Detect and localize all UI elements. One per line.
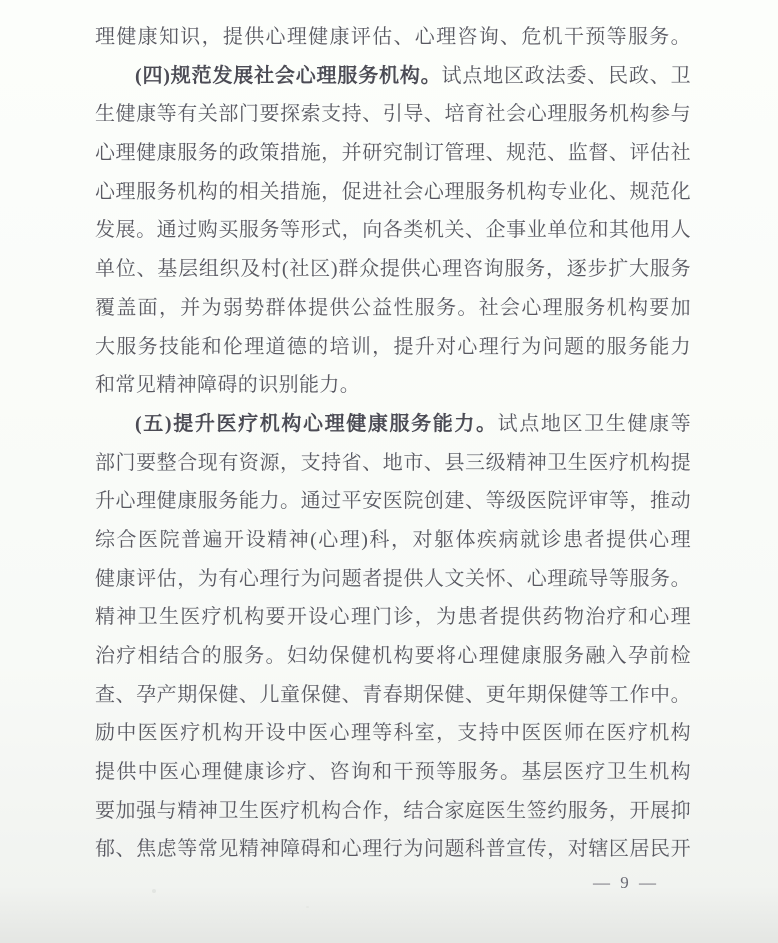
body-text: 要加强与精神卫生医疗机构合作，结合家庭医生签约服务，开展抑 <box>95 800 691 822</box>
body-text: 单位、基层组织及村(社区)群众提供心理咨询服务，逐步扩大服务 <box>95 258 691 280</box>
text-line: 心理服务机构的相关措施，促进社会心理服务机构专业化、规范化 <box>95 173 691 212</box>
text-line: 健康评估，为有心理行为问题者提供人文关怀、心理疏导等服务。 <box>95 560 691 599</box>
text-line: 要加强与精神卫生医疗机构合作，结合家庭医生签约服务，开展抑 <box>95 792 691 831</box>
body-text: 覆盖面，并为弱势群体提供公益性服务。社会心理服务机构要加 <box>95 297 691 319</box>
body-text: 理健康知识，提供心理健康评估、心理咨询、危机干预等服务。 <box>95 26 691 48</box>
section-heading: (五)提升医疗机构心理健康服务能力。 <box>135 413 498 435</box>
text-line: 心理健康服务的政策措施，并研究制订管理、规范、监督、评估社会 <box>95 134 691 173</box>
text-line: (五)提升医疗机构心理健康服务能力。试点地区卫生健康等 <box>95 405 691 444</box>
body-text: 郁、焦虑等常见精神障碍和心理行为问题科普宣传，对辖区居民开 <box>95 838 691 860</box>
document-body: 理健康知识，提供心理健康评估、心理咨询、危机干预等服务。(四)规范发展社会心理服… <box>95 18 691 869</box>
text-line: 精神卫生医疗机构要开设心理门诊，为患者提供药物治疗和心理 <box>95 598 691 637</box>
body-text: 治疗相结合的服务。妇幼保健机构要将心理健康服务融入孕前检 <box>95 645 691 667</box>
page-number: — 9 — <box>576 871 676 895</box>
body-text: 励中医医疗机构开设中医心理等科室，支持中医医师在医疗机构 <box>95 722 691 744</box>
body-text: 提供中医心理健康诊疗、咨询和干预等服务。基层医疗卫生机构 <box>95 761 691 783</box>
document-page: 理健康知识，提供心理健康评估、心理咨询、危机干预等服务。(四)规范发展社会心理服… <box>0 0 778 943</box>
body-text: 大服务技能和伦理道德的培训，提升对心理行为问题的服务能力 <box>95 336 691 358</box>
scan-speck <box>306 906 309 908</box>
text-line: (四)规范发展社会心理服务机构。试点地区政法委、民政、卫 <box>95 57 691 96</box>
text-line: 升心理健康服务能力。通过平安医院创建、等级医院评审等，推动 <box>95 482 691 521</box>
body-text: 查、孕产期保健、儿童保健、青春期保健、更年期保健等工作中。鼓 <box>95 684 691 715</box>
text-line: 和常见精神障碍的识别能力。 <box>95 366 691 405</box>
text-line: 单位、基层组织及村(社区)群众提供心理咨询服务，逐步扩大服务 <box>95 250 691 289</box>
text-line: 郁、焦虑等常见精神障碍和心理行为问题科普宣传，对辖区居民开 <box>95 830 691 869</box>
body-text: 心理健康服务的政策措施，并研究制订管理、规范、监督、评估社会 <box>95 142 691 173</box>
scan-speck <box>152 889 156 893</box>
body-text: 部门要整合现有资源，支持省、地市、县三级精神卫生医疗机构提 <box>95 452 691 474</box>
text-line: 提供中医心理健康诊疗、咨询和干预等服务。基层医疗卫生机构 <box>95 753 691 792</box>
body-text: 和常见精神障碍的识别能力。 <box>95 374 360 396</box>
text-line: 励中医医疗机构开设中医心理等科室，支持中医医师在医疗机构 <box>95 714 691 753</box>
text-line: 发展。通过购买服务等形式，向各类机关、企事业单位和其他用人 <box>95 211 691 250</box>
text-line: 理健康知识，提供心理健康评估、心理咨询、危机干预等服务。 <box>95 18 691 57</box>
body-text: 综合医院普遍开设精神(心理)科，对躯体疾病就诊患者提供心理 <box>95 529 691 551</box>
body-text: 试点地区卫生健康等 <box>498 413 691 435</box>
text-line: 治疗相结合的服务。妇幼保健机构要将心理健康服务融入孕前检 <box>95 637 691 676</box>
text-line: 大服务技能和伦理道德的培训，提升对心理行为问题的服务能力 <box>95 328 691 367</box>
section-heading: (四)规范发展社会心理服务机构。 <box>135 65 442 87</box>
body-text: 生健康等有关部门要探索支持、引导、培育社会心理服务机构参与 <box>95 103 691 125</box>
text-line: 覆盖面，并为弱势群体提供公益性服务。社会心理服务机构要加 <box>95 289 691 328</box>
body-text: 试点地区政法委、民政、卫 <box>442 65 691 87</box>
text-line: 部门要整合现有资源，支持省、地市、县三级精神卫生医疗机构提 <box>95 444 691 483</box>
text-line: 查、孕产期保健、儿童保健、青春期保健、更年期保健等工作中。鼓 <box>95 676 691 715</box>
text-line: 综合医院普遍开设精神(心理)科，对躯体疾病就诊患者提供心理 <box>95 521 691 560</box>
body-text: 心理服务机构的相关措施，促进社会心理服务机构专业化、规范化 <box>95 181 691 203</box>
body-text: 发展。通过购买服务等形式，向各类机关、企事业单位和其他用人 <box>95 219 691 241</box>
body-text: 升心理健康服务能力。通过平安医院创建、等级医院评审等，推动 <box>95 490 691 512</box>
text-line: 生健康等有关部门要探索支持、引导、培育社会心理服务机构参与 <box>95 95 691 134</box>
body-text: 健康评估，为有心理行为问题者提供人文关怀、心理疏导等服务。 <box>95 568 691 590</box>
body-text: 精神卫生医疗机构要开设心理门诊，为患者提供药物治疗和心理 <box>95 606 691 628</box>
